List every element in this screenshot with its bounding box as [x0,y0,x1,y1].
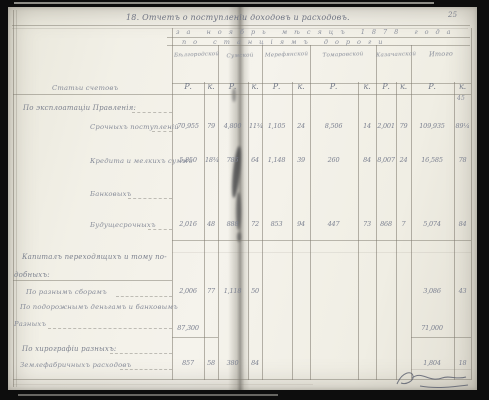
kopeck-value: 77 [205,287,217,295]
margin-note: 45 [457,95,465,102]
ruble-value: 5,850 [174,156,202,164]
kopeck-value: 14 [359,122,375,130]
kopeck-value: 11¾ [249,122,261,130]
kopeck-value: 48 [205,220,217,228]
header-band-1: за ноябрь мѣсяцъ 1878 года [176,28,458,36]
ruling-line [13,94,471,95]
ruble-value: 4,800 [219,122,246,130]
row-label: Банковыхъ [90,190,131,198]
kopeck-value: к. [293,82,309,91]
ruble-value: 1,148 [263,156,290,164]
ruble-value: 2,006 [174,287,202,295]
section-header: добныхъ: [14,271,50,279]
kopeck-value: 24 [293,122,309,130]
ruble-value: 70,955 [174,122,202,130]
page-number: 25 [448,11,457,19]
ruling-line [12,25,470,26]
kopeck-value: 7 [397,220,410,228]
kopeck-value: 58 [205,359,217,367]
ruling-line [172,337,218,338]
leader-line [120,369,172,370]
header-band-2: по станціямъ дороги [182,38,389,46]
kopeck-value: 84 [359,156,375,164]
ledger-title: 18. Отчетъ о поступленіи доходовъ и расх… [126,13,350,22]
signature-flourish [392,368,470,390]
ruble-value: 785 [219,156,246,164]
kopeck-value: 79 [205,122,217,130]
ruble-value: 8,007 [377,156,395,164]
ruble-value: 2,016 [174,220,202,228]
ruble-value: Р. [263,82,290,91]
table-row: 70,955794,80011¾1,105248,506142,00179109… [0,122,489,132]
kopeck-value: 24 [397,156,410,164]
ruble-value: 16,585 [412,156,452,164]
ruling-line [13,384,313,385]
ruble-value: Р. [412,82,452,91]
ruble-value: Р. [219,82,246,91]
kopeck-value: 39 [293,156,309,164]
ruble-value: 260 [311,156,356,164]
kopeck-value: к. [205,82,217,91]
table-row: 87,30071,000 [0,324,489,334]
scanned-ledger-page: 18. Отчетъ о поступленіи доходовъ и расх… [0,0,489,400]
section-header: Капиталъ переходящихъ и тому по- [22,253,167,261]
ruble-value: 447 [311,220,356,228]
section-header: По эксплоатаціи Правленія: [23,104,136,112]
section-header: По хирографіи разныхъ: [22,345,117,353]
ruble-value: 853 [263,220,290,228]
kopeck-value: 94 [293,220,309,228]
kopeck-value: 18¾ [205,156,217,164]
leader-line [110,353,172,354]
kopeck-value: к. [397,82,410,91]
scan-artifact [14,2,434,4]
ruble-value: 71,000 [412,324,452,332]
kopeck-value: 18 [455,359,470,367]
scan-artifact [18,394,278,396]
kopeck-value: 84 [249,359,261,367]
kopeck-value: 84 [455,220,470,228]
kopeck-value: к. [455,82,470,91]
row-label: По подорожнымъ деньгамъ и банковымъ [20,303,178,311]
ruble-value: 380 [219,359,246,367]
ruble-value: 87,300 [174,324,202,332]
ruble-value: 3,086 [412,287,452,295]
column-header: Казачанской [376,51,411,58]
kopeck-value: к. [359,82,375,91]
kopeck-value: 73 [359,220,375,228]
leader-line [128,198,172,199]
ruble-value: 888 [219,220,246,228]
kopeck-value: к. [249,82,261,91]
ruble-value: 1,105 [263,122,290,130]
kopeck-value: 72 [249,220,261,228]
ruble-value: 5,074 [412,220,452,228]
ruble-value: 109,935 [412,122,452,130]
kopeck-value: 64 [249,156,261,164]
kopeck-value: 89¼ [455,122,470,130]
ruble-value: 1,118 [219,287,246,295]
table-row: 2,0164888872853944477386875,07484 [0,220,489,230]
ruling-line [172,252,471,253]
kopeck-value: 79 [397,122,410,130]
ruble-value: 857 [174,359,202,367]
ruble-value: 868 [377,220,395,228]
ruble-value: 2,001 [377,122,395,130]
ruling-line [411,337,471,338]
ruble-value: Р. [174,82,202,91]
table-row: 5,85018¾785641,14839260848,0072416,58578 [0,156,489,166]
kopeck-value: 78 [455,156,470,164]
ruble-value: Р. [311,82,356,91]
rows-header-label: Статьи счетовъ [52,84,118,92]
ruble-value: Р. [377,82,395,91]
table-row: 2,006771,118503,08643 [0,287,489,297]
kopeck-value: 50 [249,287,261,295]
leader-line [132,112,172,113]
ruble-value: 1,804 [412,359,452,367]
ruling-line [172,240,471,241]
ruling-line [13,280,172,281]
kopeck-value: 43 [455,287,470,295]
ruble-value: 8,506 [311,122,356,130]
